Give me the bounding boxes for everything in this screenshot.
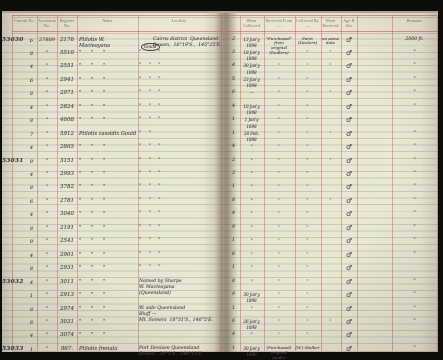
cell-specimen-count: 9 (228, 292, 239, 298)
cell-when-collected: " (240, 225, 263, 231)
cell-locality: " " " (139, 225, 220, 231)
cell-collected-by: " (295, 158, 320, 163)
cell-specimen-count: 4 (228, 104, 239, 110)
cell-received-from: " (264, 252, 294, 257)
cell-current-no: 8 (12, 50, 37, 63)
cell-when-collected: 10 Jan'y 1898 (240, 104, 263, 117)
cell-specimen-count: 1 (228, 346, 239, 352)
male-symbol: ♂ (341, 158, 357, 164)
cell-name: " " " (79, 238, 137, 244)
cell-current-no: 530324 (12, 279, 37, 292)
row-mark: b (30, 38, 33, 44)
cell-received-from: " (264, 332, 294, 337)
cell-register-no: 2931 (57, 265, 77, 271)
header-when-collected: When Collected (240, 19, 263, 28)
cell-remarks: " (392, 50, 437, 56)
cell-collected-by: " (295, 117, 320, 122)
cell-accession-no: " (37, 90, 57, 96)
header-collected-by: Collected By— (295, 19, 320, 28)
cell-when-collected: 18 Jan'y 1898 (240, 50, 263, 63)
male-symbol: ♂ (341, 292, 357, 298)
ledger-scan: Current No.Accession No.Register No.Name… (0, 0, 443, 360)
cell-received-from: " (264, 77, 294, 82)
cell-locality: " " (139, 131, 220, 137)
cell-when-collected: 28 Feb. 1898 (240, 131, 263, 144)
cell-when-collected: 26 Jan'y 1898 (240, 319, 263, 332)
header-register-no: Register No. (57, 19, 77, 28)
cell-specimen-count: 4 (228, 144, 239, 150)
male-symbol: ♂ (341, 346, 357, 352)
header-locality: Locality (138, 19, 220, 24)
cell-accession-no: " (37, 332, 57, 338)
cell-name: " " " (79, 292, 137, 298)
male-symbol: ♂ (341, 225, 357, 231)
cell-name: Ptilotis cassidix Gould (79, 131, 137, 137)
cell-when-received: " (321, 63, 340, 68)
row-mark: 8 (30, 118, 33, 124)
cell-remarks: " (392, 131, 437, 137)
row-mark: 1 (30, 347, 33, 353)
cell-collected-by: " (295, 252, 320, 257)
male-symbol: ♂ (341, 238, 357, 244)
cell-locality: " " " (139, 104, 220, 110)
column-rule (77, 15, 78, 351)
header-received-from: Received From— (264, 19, 294, 28)
cell-when-collected: 23 Jan'y 1898 (240, 77, 263, 90)
cell-specimen-count: 9 (228, 225, 239, 231)
cell-name: " " " (79, 171, 137, 177)
cell-current-no: 530331 (12, 346, 37, 359)
cell-when-collected: " (240, 252, 263, 258)
cell-locality: " " " (139, 238, 220, 244)
cell-specimen-count: 1 (228, 238, 239, 244)
cell-accession-no: " (37, 265, 57, 271)
male-symbol: ♂ (341, 319, 357, 325)
cell-specimen-count: 6 (228, 90, 239, 96)
cell-collected-by: " (295, 319, 320, 324)
cell-when-collected: " (240, 184, 263, 190)
cell-remarks: " (392, 279, 437, 285)
cell-current-no: 4 (12, 144, 37, 157)
cell-locality: " " " (139, 77, 220, 83)
specimen-group-no: 53033 (2, 345, 24, 352)
header-rule (12, 33, 437, 34)
cell-register-no: 2941 (57, 77, 77, 83)
cell-current-no: 6 (12, 77, 37, 90)
cell-received-from: " (264, 171, 294, 176)
cell-register-no: 3151 (57, 158, 77, 164)
cell-when-received: " (321, 131, 340, 136)
cell-when-collected: " (240, 238, 263, 244)
cell-name: " " " (79, 306, 137, 312)
cell-collected-by: " (295, 131, 320, 136)
cell-accession-no: " (37, 238, 57, 244)
male-symbol: ♂ (341, 265, 357, 271)
cell-locality: " " " (139, 211, 220, 217)
cell-locality: " " " (139, 171, 220, 177)
cell-specimen-count: 6 (228, 319, 239, 325)
cell-accession-no: " (37, 77, 57, 83)
male-symbol: ♂ (341, 306, 357, 312)
cell-current-no: 8 (12, 184, 37, 197)
male-symbol: ♂ (341, 131, 357, 137)
row-mark: 8 (30, 185, 33, 191)
cell-locality: " " " (139, 90, 220, 96)
cell-register-no: 967. (57, 346, 77, 352)
cell-collected-by: " (295, 225, 320, 230)
cell-register-no: 3074 (57, 332, 77, 338)
cell-name: Ptilotis W. Macleayana (79, 37, 137, 50)
cell-current-no: 4 (12, 63, 37, 76)
cell-accession-no: " (37, 252, 57, 258)
cell-register-no: 2541 (57, 238, 77, 244)
cell-register-no: 3011 (57, 279, 77, 285)
cell-received-from: " (264, 211, 294, 216)
cell-name: " " " (79, 144, 137, 150)
cell-accession-no: " (37, 292, 57, 298)
cell-locality: " " " (139, 252, 220, 258)
specimen-group-no: 53030 (2, 36, 24, 43)
cell-collected-by: " (295, 104, 320, 109)
row-mark: 6 (30, 199, 33, 205)
cell-locality: W. side Queensland Bluff — Mt. Somers 18… (139, 306, 220, 325)
cell-remarks: " (392, 211, 437, 217)
cell-name: " " " (79, 158, 137, 164)
cell-name: " " " (79, 265, 137, 271)
cell-collected-by: " (295, 171, 320, 176)
cell-when-collected: 30 Jan'y 1898 (240, 292, 263, 305)
row-mark: 4 (30, 280, 33, 286)
male-symbol: ♂ (341, 37, 357, 43)
cell-specimen-count: 3 (228, 50, 239, 56)
ledger-paper: Current No.Accession No.Register No.Name… (2, 13, 438, 352)
cell-received-from: " (264, 184, 294, 189)
cell-when-received: " (321, 50, 340, 55)
cell-collected-by: " (295, 211, 320, 216)
cell-name: " " " (79, 104, 137, 110)
cell-remarks: " (392, 184, 437, 190)
cell-received-from: " (264, 104, 294, 109)
male-symbol: ♂ (341, 50, 357, 56)
cell-specimen-count: 1 (228, 131, 239, 137)
cell-register-no: 2824 (57, 104, 77, 110)
row-mark: 4 (30, 105, 33, 111)
cell-current-no: 4 (12, 211, 37, 224)
row-mark: 8 (30, 266, 33, 272)
cell-name: " " " (79, 279, 137, 285)
cell-name: " " " (79, 332, 137, 338)
cell-locality: " " " (139, 117, 220, 123)
male-symbol: ♂ (341, 171, 357, 177)
cell-when-collected: " (240, 144, 263, 150)
row-mark: 1 (30, 293, 33, 299)
row-mark: 4 (30, 253, 33, 259)
male-symbol: ♂ (341, 117, 357, 123)
row-mark: 6 (30, 320, 33, 326)
cell-register-no: 3031 (57, 319, 77, 325)
cell-when-collected: " (240, 306, 263, 312)
row-mark: 4 (30, 64, 33, 70)
header-accession-no: Accession No. (37, 19, 57, 28)
cell-accession-no: " (37, 198, 57, 204)
male-symbol: ♂ (341, 144, 357, 150)
row-mark: 8 (30, 307, 33, 313)
cell-locality: " " " (139, 50, 220, 56)
cell-current-no: 53030b (12, 37, 37, 50)
cell-accession-no: " (37, 319, 57, 325)
cell-accession-no: " (37, 131, 57, 137)
header-remarks: Remarks (392, 19, 437, 24)
cell-locality: " " " (139, 158, 220, 164)
row-mark: 6 (30, 78, 33, 84)
cell-name: " " " (79, 63, 137, 69)
cell-name: " " " (79, 184, 137, 190)
cell-current-no: 4 (12, 171, 37, 184)
cell-register-no: 3782 (57, 184, 77, 190)
cell-collected-by: " (295, 50, 320, 55)
cell-specimen-count: 4 (228, 211, 239, 217)
cell-locality: " " " (139, 63, 220, 69)
cell-name: " " " (79, 211, 137, 217)
cell-collected-by: " (295, 279, 320, 284)
cell-name: " " " (79, 90, 137, 96)
header-name: Name (77, 19, 138, 24)
cell-current-no: 4 (12, 252, 37, 265)
cell-received-from: " (264, 319, 294, 324)
cell-received-from: (Purchased) original dealer (264, 346, 294, 360)
cell-specimen-count: 5 (228, 77, 239, 83)
cell-when-received: " (321, 319, 340, 324)
cell-when-collected: " (240, 171, 263, 177)
cell-current-no: 8 (12, 225, 37, 238)
cell-register-no: 2901 (57, 252, 77, 258)
cell-accession-no: " (37, 50, 57, 56)
cell-collected-by: " (295, 144, 320, 149)
cell-collected-by: " (295, 238, 320, 243)
header-current-no: Current No. (12, 19, 37, 24)
cell-collected-by: (W.) Stalker (295, 346, 320, 351)
cell-specimen-count: 8 (228, 198, 239, 204)
cell-register-no: 3040 (57, 211, 77, 217)
cell-when-collected: 13 Jan'y 1898 (240, 37, 263, 50)
cell-specimen-count: 3 (228, 171, 239, 177)
cell-locality: Named by Sharpe W. Macleayana (Queenslan… (139, 279, 220, 298)
cell-collected-by: " (295, 265, 320, 270)
cell-when-collected: " (240, 198, 263, 204)
cell-remarks: " (392, 77, 437, 83)
cell-accession-no: " (37, 346, 57, 352)
column-rule (221, 15, 222, 351)
cell-specimen-count: 4 (228, 332, 239, 338)
cell-remarks: " (392, 252, 437, 258)
cell-received-from: " (264, 306, 294, 311)
row-mark: 4 (30, 333, 33, 339)
male-symbol: ♂ (341, 77, 357, 83)
cell-name: Ptilotis frenata (79, 346, 137, 352)
cell-accession-no: " (37, 158, 57, 164)
cell-locality: GouldCairns district Queensland Bowen, 1… (139, 37, 234, 50)
male-symbol: ♂ (341, 211, 357, 217)
cell-collected-by: " (295, 292, 320, 297)
cell-accession-no: " (37, 144, 57, 150)
cell-name: " " " (79, 252, 137, 258)
cell-remarks: " (392, 346, 437, 352)
column-rule (357, 15, 358, 351)
cell-locality: " " " (139, 198, 220, 204)
header-age-sex: Age & Sex (341, 19, 357, 28)
cell-collected-by: Paris (Dealers) (295, 37, 320, 47)
cell-name: " " " (79, 117, 137, 123)
male-symbol: ♂ (341, 279, 357, 285)
cell-register-no: 2176 (57, 37, 77, 43)
cell-register-no: 2913 (57, 292, 77, 298)
cell-register-no: 2974 (57, 306, 77, 312)
cell-register-no: 2781 (57, 198, 77, 204)
cell-register-no: 5912 (57, 131, 77, 137)
cell-when-collected: 1 Jan'y 1898 (240, 117, 263, 130)
cell-remarks: " (392, 171, 437, 177)
header-when-received: When Received (321, 19, 340, 28)
cell-name: " " " (79, 77, 137, 83)
male-symbol: ♂ (341, 90, 357, 96)
cell-name: " " " (79, 225, 137, 231)
male-symbol: ♂ (341, 63, 357, 69)
cell-collected-by: " (295, 306, 320, 311)
cell-specimen-count: 4 (228, 63, 239, 69)
cell-remarks: " (392, 198, 437, 204)
cell-current-no: 8 (12, 90, 37, 103)
cell-accession-no: " (37, 63, 57, 69)
row-mark: 4 (30, 145, 33, 151)
cell-specimen-count: 2 (228, 37, 239, 43)
cell-current-no: 9 (12, 238, 37, 251)
row-mark: 4 (30, 212, 33, 218)
cell-current-no: 530319 (12, 158, 37, 171)
cell-remarks: " (392, 158, 437, 164)
cell-when-collected: " (240, 265, 263, 271)
cell-when-received: " (321, 90, 340, 95)
cell-accession-no: " (37, 184, 57, 190)
cell-register-no: 2551 (57, 63, 77, 69)
cell-accession-no: " (37, 171, 57, 177)
header-rule (12, 17, 437, 18)
cell-when-collected: 30 Jan'y 1898 (240, 346, 263, 359)
cell-received-from: " (264, 131, 294, 136)
cell-name: " " " (79, 319, 137, 325)
cell-current-no: 1 (12, 292, 37, 305)
cell-received-from: " (264, 225, 294, 230)
cell-specimen-count: 1 (228, 184, 239, 190)
cell-specimen-count: 2 (228, 158, 239, 164)
cell-received-from: " (264, 292, 294, 297)
row-mark: 9 (30, 159, 33, 165)
cell-remarks: " (392, 90, 437, 96)
row-mark: 7 (30, 132, 33, 138)
cell-remarks: " (392, 104, 437, 110)
row-mark: 8 (30, 91, 33, 97)
cell-remarks: 2000 ft. (392, 37, 437, 43)
cell-register-no: 2971 (57, 90, 77, 96)
cell-collected-by: " (295, 63, 320, 68)
cell-remarks: " (392, 292, 437, 298)
cell-locality: " " " (139, 144, 220, 150)
cell-collected-by: " (295, 90, 320, 95)
cell-accession-no: " (37, 117, 57, 123)
cell-remarks: " (392, 306, 437, 312)
cell-register-no: 2993 (57, 171, 77, 177)
cell-accession-no: " (37, 211, 57, 217)
cell-register-no: 4608 (57, 117, 77, 123)
male-symbol: ♂ (341, 198, 357, 204)
cell-received-from: " (264, 198, 294, 203)
cell-received-from: " (264, 144, 294, 149)
cell-received-from: " (264, 90, 294, 95)
cell-when-collected: 30 Jan'y 1898 (240, 63, 263, 76)
cell-locality: " " " (139, 265, 220, 271)
cell-when-collected: " (240, 158, 263, 164)
specimen-group-no: 53032 (2, 278, 24, 285)
male-symbol: ♂ (341, 104, 357, 110)
cell-remarks: " (392, 238, 437, 244)
cell-when-collected: — (240, 90, 263, 96)
cell-register-no: 5510 (57, 50, 77, 56)
cell-received-from: " (264, 265, 294, 270)
cell-when-collected: " (240, 332, 263, 338)
specimen-group-no: 53031 (2, 157, 24, 164)
cell-current-no: 8 (12, 117, 37, 130)
male-symbol: ♂ (341, 184, 357, 190)
cell-received-from: " (264, 50, 294, 55)
cell-accession-no: 27889 (37, 37, 57, 43)
male-symbol: ♂ (341, 252, 357, 258)
cell-when-received: " (321, 158, 340, 163)
male-symbol: ♂ (341, 332, 357, 338)
cell-locality: Port Denison Queensland Bowen, 20°1'S., … (139, 346, 220, 359)
cell-remarks: " (392, 144, 437, 150)
cell-current-no: 8 (12, 265, 37, 278)
cell-name: " " " (79, 198, 137, 204)
column-rule (437, 15, 438, 351)
cell-remarks: " (392, 225, 437, 231)
cell-received-from: " (264, 117, 294, 122)
cell-received-from: " (264, 238, 294, 243)
cell-register-no: 2865 (57, 144, 77, 150)
cell-current-no: 4 (12, 332, 37, 345)
cell-accession-no: " (37, 225, 57, 231)
cell-specimen-count: 6 (228, 252, 239, 258)
cell-current-no: 7 (12, 131, 37, 144)
cell-when-received: on same date (321, 37, 340, 47)
cell-when-received: " (321, 198, 340, 203)
cell-register-no: 2191 (57, 225, 77, 231)
cell-remarks: " (392, 63, 437, 69)
cell-received-from: " (264, 63, 294, 68)
cell-specimen-count: 1 (228, 306, 239, 312)
cell-when-collected: " (240, 279, 263, 285)
cell-name: " " " (79, 50, 137, 56)
row-mark: 9 (30, 239, 33, 245)
cell-current-no: 6 (12, 319, 37, 332)
cell-accession-no: " (37, 306, 57, 312)
cell-current-no: 8 (12, 306, 37, 319)
cell-locality: " " " (139, 184, 220, 190)
cell-collected-by: " (295, 198, 320, 203)
header-rule (12, 31, 437, 32)
cell-collected-by: " (295, 77, 320, 82)
cell-received-from: " (264, 158, 294, 163)
cell-accession-no: " (37, 104, 57, 110)
cell-specimen-count: 8 (228, 279, 239, 285)
